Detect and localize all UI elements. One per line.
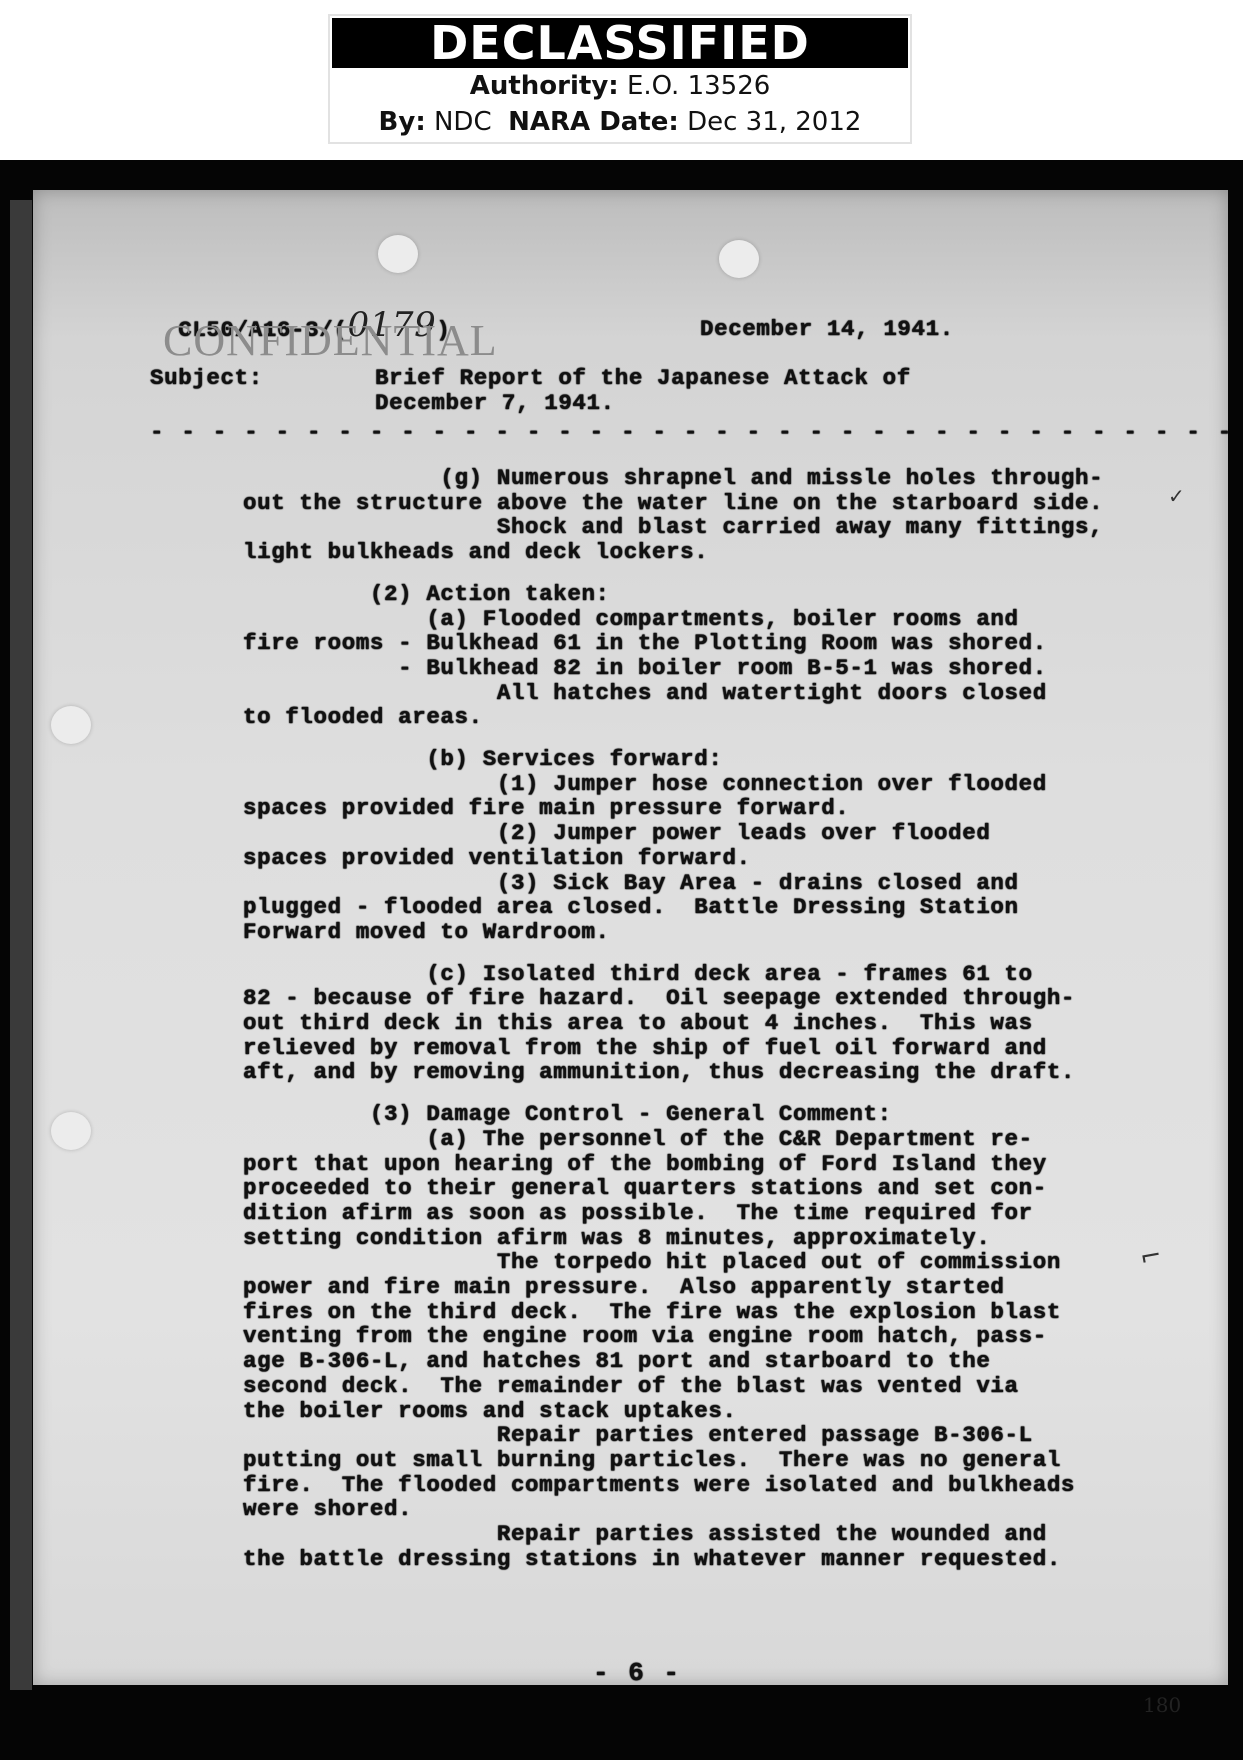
check-mark-icon: ✓ xyxy=(1168,484,1185,508)
body-line: were shored. xyxy=(243,1497,412,1522)
body-line: (b) Services forward: xyxy=(243,747,722,772)
body-line: (2) Jumper power leads over flooded xyxy=(243,821,990,846)
body-line: second deck. The remainder of the blast … xyxy=(243,1374,1019,1399)
body-line: setting condition afirm was 8 minutes, a… xyxy=(243,1226,990,1251)
body-line: fire rooms - Bulkhead 61 in the Plotting… xyxy=(243,631,1047,656)
body-line: Forward moved to Wardroom. xyxy=(243,920,610,945)
body-line: (c) Isolated third deck area - frames 61… xyxy=(243,962,1033,987)
subject-line-1: Brief Report of the Japanese Attack of xyxy=(375,366,911,391)
punch-hole xyxy=(378,235,418,273)
body-line: venting from the engine room via engine … xyxy=(243,1324,1047,1349)
body-line: age B-306-L, and hatches 81 port and sta… xyxy=(243,1349,990,1374)
subject-line-2: December 7, 1941. xyxy=(375,391,615,416)
body-line: Repair parties assisted the wounded and xyxy=(243,1522,1047,1547)
body-line: aft, and by removing ammunition, thus de… xyxy=(243,1060,1075,1085)
stamp-authority-line: Authority: E.O. 13526 xyxy=(330,68,910,104)
body-line: - Bulkhead 82 in boiler room B-5-1 was s… xyxy=(243,656,1047,681)
archive-page-number: 180 xyxy=(1143,1693,1181,1717)
document-date: December 14, 1941. xyxy=(700,317,954,342)
body-line: (3) Damage Control - General Comment: xyxy=(243,1102,892,1127)
body-line: Repair parties entered passage B-306-L xyxy=(243,1423,1033,1448)
declassified-stamp: DECLASSIFIED Authority: E.O. 13526 By: N… xyxy=(328,14,912,144)
body-line: the boiler rooms and stack uptakes. xyxy=(243,1399,737,1424)
stamp-title: DECLASSIFIED xyxy=(332,18,908,68)
body-line: port that upon hearing of the bombing of… xyxy=(243,1152,1047,1177)
punch-hole xyxy=(51,1112,91,1150)
body-line: (a) The personnel of the C&R Department … xyxy=(243,1127,1033,1152)
body-line: (g) Numerous shrapnel and missle holes t… xyxy=(243,466,1103,491)
authority-value: E.O. 13526 xyxy=(627,71,770,101)
scanned-page xyxy=(0,160,1243,1760)
body-line: fire. The flooded compartments were isol… xyxy=(243,1473,1075,1498)
punch-hole xyxy=(51,706,91,744)
body-line: light bulkheads and deck lockers. xyxy=(243,540,708,565)
nara-date-label: NARA Date: xyxy=(508,107,679,137)
confidential-stamp: CONFIDENTIAL xyxy=(163,315,498,366)
body-line: All hatches and watertight doors closed xyxy=(243,681,1047,706)
body-line: (3) Sick Bay Area - drains closed and xyxy=(243,871,1019,896)
subject-label: Subject: xyxy=(150,366,263,391)
authority-label: Authority: xyxy=(470,71,619,101)
nara-date-value: Dec 31, 2012 xyxy=(687,107,861,137)
body-line: The torpedo hit placed out of commission xyxy=(243,1250,1061,1275)
body-line: spaces provided fire main pressure forwa… xyxy=(243,796,849,821)
body-line: (a) Flooded compartments, boiler rooms a… xyxy=(243,607,1019,632)
body-line: to flooded areas. xyxy=(243,705,483,730)
body-line: power and fire main pressure. Also appar… xyxy=(243,1275,1005,1300)
body-line: out the structure above the water line o… xyxy=(243,491,1103,516)
body-line: plugged - flooded area closed. Battle Dr… xyxy=(243,895,1019,920)
body-line: putting out small burning particles. The… xyxy=(243,1448,1061,1473)
stamp-by-line: By: NDC NARA Date: Dec 31, 2012 xyxy=(330,104,910,140)
paper-edge xyxy=(10,200,32,1690)
body-line: fires on the third deck. The fire was th… xyxy=(243,1300,1061,1325)
punch-hole xyxy=(719,240,759,278)
body-line: spaces provided ventilation forward. xyxy=(243,846,751,871)
by-value: NDC xyxy=(434,107,492,137)
body-line: dition afirm as soon as possible. The ti… xyxy=(243,1201,1033,1226)
body-line: the battle dressing stations in whatever… xyxy=(243,1547,1061,1572)
body-line: proceeded to their general quarters stat… xyxy=(243,1176,1047,1201)
separator-line: - - - - - - - - - - - - - - - - - - - - … xyxy=(150,420,1243,445)
body-line: (2) Action taken: xyxy=(243,582,610,607)
by-label: By: xyxy=(379,107,426,137)
body-line: 82 - because of fire hazard. Oil seepage… xyxy=(243,986,1075,1011)
body-line: relieved by removal from the ship of fue… xyxy=(243,1036,1047,1061)
body-line: Shock and blast carried away many fittin… xyxy=(243,515,1103,540)
body-line: out third deck in this area to about 4 i… xyxy=(243,1011,1033,1036)
body-line: (1) Jumper hose connection over flooded xyxy=(243,772,1047,797)
page-number: - 6 - xyxy=(593,1661,681,1686)
